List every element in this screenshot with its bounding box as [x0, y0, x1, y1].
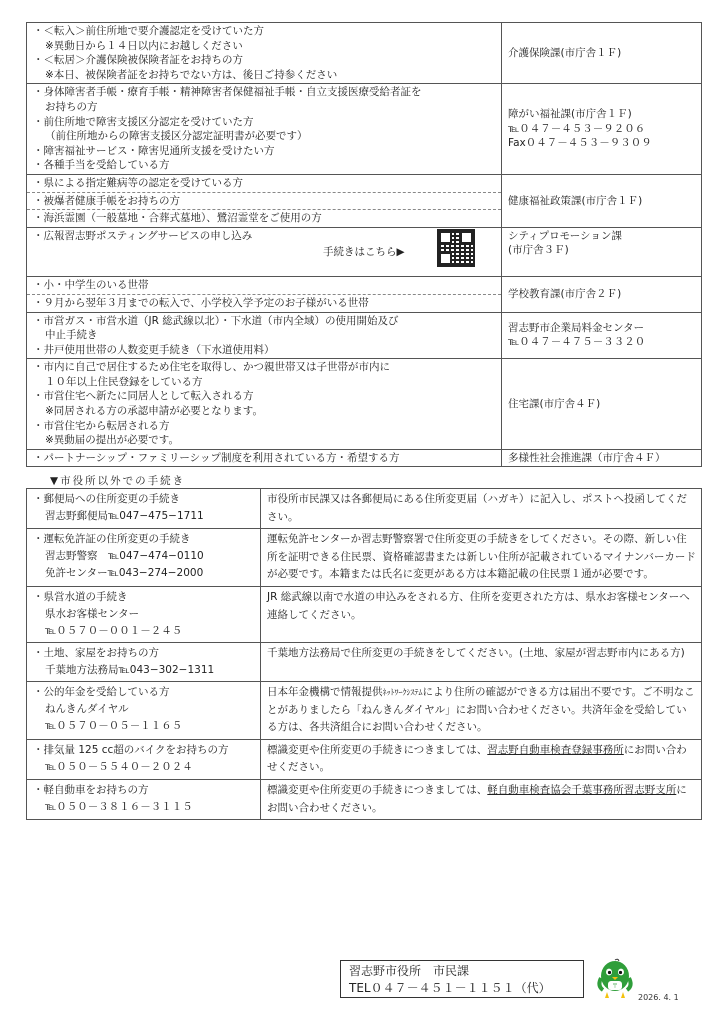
office-tel: TEL０４７－４５１－１１５１（代）	[349, 980, 575, 997]
department-line: 習志野市企業局料金センター	[508, 321, 697, 336]
procedure-line: ・市内に自己で居住するため住宅を取得し、かつ親世帯又は子世帯が市内に	[33, 360, 497, 375]
department-line: 障がい福祉課(市庁舎１Ｆ)	[508, 107, 697, 122]
agency-contact: 習志野警察 ℡047−474−0110	[33, 548, 256, 565]
procedure-line: ・市営ガス・市営水道（JR 総武線以北）・下水道（市内全域）の使用開始及び	[33, 314, 497, 329]
procedure-link-label[interactable]: 手続きはこちら▶	[323, 245, 405, 260]
office-name: 習志野市役所 市民課	[349, 963, 575, 980]
department-line: Fax０４７－４５３－９３０９	[508, 136, 697, 151]
outside-table-body: ・郵便局への住所変更の手続き習志野郵便局℡047−475−1711市役所市民課又…	[27, 489, 702, 820]
department-line: (市庁舎３Ｆ)	[508, 243, 697, 258]
table-row: ・郵便局への住所変更の手続き習志野郵便局℡047−475−1711市役所市民課又…	[27, 489, 702, 529]
instruction-cell: 日本年金機構で情報提供ﾈｯﾄﾜｰｸｼｽﾃﾑにより住所の確認ができる方は届出不要で…	[261, 681, 702, 739]
procedure-cell: ・身体障害者手帳・療育手帳・精神障害者保健福祉手帳・自立支援医療受給者証をお持ち…	[27, 84, 502, 175]
table-row: ・土地、家屋をお持ちの方千葉地方法務局℡043−302−1311千葉地方法務局で…	[27, 642, 702, 681]
procedure-title: ・排気量 125 cc超のバイクをお持ちの方	[33, 742, 256, 759]
department-cell: 健康福祉政策課(市庁舎１Ｆ)	[502, 174, 702, 227]
green-bird-mascot-icon: 〒	[597, 958, 633, 1002]
procedure-line: ・県による指定難病等の認定を受けている方	[33, 176, 497, 191]
agency-cell: ・県営水道の手続き県水お客様センター℡０５７０－００１－２４５	[27, 586, 261, 642]
instruction-text: JR 総武線以南で水道の申込みをされる方、住所を変更された方は、県水お客様センタ…	[267, 591, 690, 621]
table-row: ・県による指定難病等の認定を受けている方健康福祉政策課(市庁舎１Ｆ)	[27, 174, 702, 192]
department-line: 健康福祉政策課(市庁舎１Ｆ)	[508, 194, 697, 209]
procedure-line: ※同居される方の承認申請が必要となります。	[33, 404, 497, 419]
agency-cell: ・排気量 125 cc超のバイクをお持ちの方℡０５０－５５４０－２０２４	[27, 739, 261, 779]
office-link[interactable]: 習志野自動車検査登録事務所	[487, 744, 624, 756]
department-line: 住宅課(市庁舎４Ｆ)	[508, 397, 697, 412]
department-cell: 介護保険課(市庁舎１Ｆ)	[502, 23, 702, 84]
agency-contact: 千葉地方法務局℡043−302−1311	[33, 662, 256, 679]
procedure-line: ・各種手当を受給している方	[33, 158, 497, 173]
procedure-cell: ・被爆者健康手帳をお持ちの方	[27, 192, 502, 210]
agency-contact: ℡０５０－３８１６－３１１５	[33, 799, 256, 816]
instruction-text: 標識変更や住所変更の手続きにつきましては、	[267, 784, 487, 796]
table-row: ・排気量 125 cc超のバイクをお持ちの方℡０５０－５５４０－２０２４標識変更…	[27, 739, 702, 779]
agency-cell: ・運転免許証の住所変更の手続き習志野警察 ℡047−474−0110免許センター…	[27, 529, 261, 587]
procedure-title: ・郵便局への住所変更の手続き	[33, 491, 256, 508]
procedure-line: ※異動届の提出が必要です。	[33, 433, 497, 448]
procedure-line: お持ちの方	[33, 100, 497, 115]
instruction-text: 千葉地方法務局で住所変更の手続きをしてください。(土地、家屋が習志野市内にある方…	[267, 647, 685, 659]
table-row: ・市営ガス・市営水道（JR 総武線以北）・下水道（市内全域）の使用開始及び中止手…	[27, 312, 702, 359]
procedure-title: ・県営水道の手続き	[33, 589, 256, 606]
procedure-cell: ・市内に自己で居住するため住宅を取得し、かつ親世帯又は子世帯が市内に１０年以上住…	[27, 359, 502, 450]
qr-link-area: 手続きはこちら▶	[33, 243, 497, 275]
department-line: 多様性社会推進課（市庁舎４Ｆ）	[508, 451, 697, 466]
instruction-cell: JR 総武線以南で水道の申込みをされる方、住所を変更された方は、県水お客様センタ…	[261, 586, 702, 642]
table-row: ・パートナーシップ・ファミリーシップ制度を利用されている方・希望する方多様性社会…	[27, 449, 702, 467]
procedure-line: ・広報習志野ポスティングサービスの申し込み	[33, 229, 497, 244]
qr-code-icon[interactable]	[437, 229, 475, 267]
city-hall-procedures-table: ・＜転入＞前住所地で要介護認定を受けていた方※異動日から１４日以内にお越しくださ…	[26, 22, 702, 467]
instruction-cell: 千葉地方法務局で住所変更の手続きをしてください。(土地、家屋が習志野市内にある方…	[261, 642, 702, 681]
instruction-text: ﾈｯﾄﾜｰｸｼｽﾃﾑ	[383, 688, 423, 697]
procedure-line: ・井戸使用世帯の人数変更手続き（下水道使用料）	[33, 343, 497, 358]
procedure-cell: ・パートナーシップ・ファミリーシップ制度を利用されている方・希望する方	[27, 449, 502, 467]
instruction-cell: 運転免許センターか習志野警察署で住所変更の手続きをしてください。その際、新しい住…	[261, 529, 702, 587]
procedure-line: ・＜転居＞介護保険被保険者証をお持ちの方	[33, 53, 497, 68]
agency-cell: ・土地、家屋をお持ちの方千葉地方法務局℡043−302−1311	[27, 642, 261, 681]
procedure-title: ・運転免許証の住所変更の手続き	[33, 531, 256, 548]
procedure-cell: ・市営ガス・市営水道（JR 総武線以北）・下水道（市内全域）の使用開始及び中止手…	[27, 312, 502, 359]
table-row: ・軽自動車をお持ちの方℡０５０－３８１６－３１１５標識変更や住所変更の手続きにつ…	[27, 779, 702, 819]
contact-box: 習志野市役所 市民課 TEL０４７－４５１－１１５１（代）	[340, 960, 584, 998]
department-cell: 学校教育課(市庁舎２Ｆ)	[502, 277, 702, 312]
agency-cell: ・軽自動車をお持ちの方℡０５０－３８１６－３１１５	[27, 779, 261, 819]
procedure-line: ・＜転入＞前住所地で要介護認定を受けていた方	[33, 24, 497, 39]
instruction-text: 日本年金機構で情報提供	[267, 686, 383, 698]
instruction-cell: 標識変更や住所変更の手続きにつきましては、習志野自動車検査登録事務所にお問い合わ…	[261, 739, 702, 779]
procedure-line: ・身体障害者手帳・療育手帳・精神障害者保健福祉手帳・自立支援医療受給者証を	[33, 85, 497, 100]
department-cell: シティプロモーション課(市庁舎３Ｆ)	[502, 227, 702, 277]
department-cell: 住宅課(市庁舎４Ｆ)	[502, 359, 702, 450]
office-link[interactable]: 軽自動車検査協会千葉事務所習志野支所	[487, 784, 676, 796]
table-row: ・身体障害者手帳・療育手帳・精神障害者保健福祉手帳・自立支援医療受給者証をお持ち…	[27, 84, 702, 175]
agency-contact: ℡０５７０－０５－１１６５	[33, 718, 256, 735]
procedure-line: ※本日、被保険者証をお持ちでない方は、後日ご持参ください	[33, 68, 497, 83]
department-line: 学校教育課(市庁舎２Ｆ)	[508, 287, 697, 302]
department-line: 介護保険課(市庁舎１Ｆ)	[508, 46, 697, 61]
agency-contact: ねんきんダイヤル	[33, 701, 256, 718]
procedure-line: ・海浜霊園（一般墓地・合葬式墓地）、鷺沼霊堂をご使用の方	[33, 211, 497, 226]
department-line: ℡０４７－４７５－３３２０	[508, 335, 697, 350]
procedure-line: ・市営住宅へ新たに同居人として転入される方	[33, 389, 497, 404]
procedure-line: ・小・中学生のいる世帯	[33, 278, 497, 293]
instruction-text: 運転免許センターか習志野警察署で住所変更の手続きをしてください。その際、新しい住…	[267, 533, 696, 580]
procedure-line: （前住所地からの障害支援区分認定証明書が必要です）	[33, 129, 497, 144]
table-row: ・＜転入＞前住所地で要介護認定を受けていた方※異動日から１４日以内にお越しくださ…	[27, 23, 702, 84]
department-line: シティプロモーション課	[508, 229, 697, 244]
procedure-cell: ・９月から翌年３月までの転入で、小学校入学予定のお子様がいる世帯	[27, 294, 502, 312]
table-row: ・運転免許証の住所変更の手続き習志野警察 ℡047−474−0110免許センター…	[27, 529, 702, 587]
table-row: ・県営水道の手続き県水お客様センター℡０５７０－００１－２４５JR 総武線以南で…	[27, 586, 702, 642]
instruction-text: 標識変更や住所変更の手続きにつきましては、	[267, 744, 487, 756]
svg-text:〒: 〒	[612, 983, 618, 990]
issue-date: 2026. 4. 1	[638, 993, 679, 1002]
outside-procedures-table: ・郵便局への住所変更の手続き習志野郵便局℡047−475−1711市役所市民課又…	[26, 488, 702, 820]
section-heading-outside-city-hall: ▼市役所以外での手続き	[50, 473, 185, 488]
procedure-line: ・前住所地で障害支援区分認定を受けていた方	[33, 115, 497, 130]
qr-finder-pattern	[439, 252, 452, 265]
agency-contact: ℡０５７０－００１－２４５	[33, 623, 256, 640]
table-row: ・広報習志野ポスティングサービスの申し込み手続きはこちら▶シティプロモーション課…	[27, 227, 702, 277]
procedure-title: ・公的年金を受給している方	[33, 684, 256, 701]
procedure-title: ・軽自動車をお持ちの方	[33, 782, 256, 799]
table-row: ・公的年金を受給している方ねんきんダイヤル℡０５７０－０５－１１６５日本年金機構…	[27, 681, 702, 739]
procedure-cell: ・県による指定難病等の認定を受けている方	[27, 174, 502, 192]
instruction-cell: 標識変更や住所変更の手続きにつきましては、軽自動車検査協会千葉事務所習志野支所に…	[261, 779, 702, 819]
agency-contact: ℡０５０－５５４０－２０２４	[33, 759, 256, 776]
procedure-cell: ・海浜霊園（一般墓地・合葬式墓地）、鷺沼霊堂をご使用の方	[27, 210, 502, 228]
instruction-text: 市役所市民課又は各郵便局にある住所変更届（ハガキ）に記入し、ポストへ投函してくだ…	[267, 493, 687, 523]
procedure-line: 中止手続き	[33, 328, 497, 343]
department-cell: 多様性社会推進課（市庁舎４Ｆ）	[502, 449, 702, 467]
agency-contact: 習志野郵便局℡047−475−1711	[33, 508, 256, 525]
table-row: ・小・中学生のいる世帯学校教育課(市庁舎２Ｆ)	[27, 277, 702, 295]
department-cell: 障がい福祉課(市庁舎１Ｆ)℡０４７－４５３－９２０６Fax０４７－４５３－９３０…	[502, 84, 702, 175]
procedure-line: ・被爆者健康手帳をお持ちの方	[33, 194, 497, 209]
department-cell: 習志野市企業局料金センター℡０４７－４７５－３３２０	[502, 312, 702, 359]
procedure-line: １０年以上住民登録をしている方	[33, 375, 497, 390]
agency-cell: ・公的年金を受給している方ねんきんダイヤル℡０５７０－０５－１１６５	[27, 681, 261, 739]
department-line: ℡０４７－４５３－９２０６	[508, 122, 697, 137]
procedure-cell: ・広報習志野ポスティングサービスの申し込み手続きはこちら▶	[27, 227, 502, 277]
procedure-line: ・９月から翌年３月までの転入で、小学校入学予定のお子様がいる世帯	[33, 296, 497, 311]
city-hall-table-body: ・＜転入＞前住所地で要介護認定を受けていた方※異動日から１４日以内にお越しくださ…	[27, 23, 702, 467]
procedure-title: ・土地、家屋をお持ちの方	[33, 645, 256, 662]
procedure-cell: ・小・中学生のいる世帯	[27, 277, 502, 295]
procedure-cell: ・＜転入＞前住所地で要介護認定を受けていた方※異動日から１４日以内にお越しくださ…	[27, 23, 502, 84]
instruction-cell: 市役所市民課又は各郵便局にある住所変更届（ハガキ）に記入し、ポストへ投函してくだ…	[261, 489, 702, 529]
procedure-line: ・パートナーシップ・ファミリーシップ制度を利用されている方・希望する方	[33, 451, 497, 466]
procedure-line: ・市営住宅から転居される方	[33, 419, 497, 434]
table-row: ・市内に自己で居住するため住宅を取得し、かつ親世帯又は子世帯が市内に１０年以上住…	[27, 359, 702, 450]
agency-contact: 免許センター℡043−274−2000	[33, 565, 256, 582]
agency-cell: ・郵便局への住所変更の手続き習志野郵便局℡047−475−1711	[27, 489, 261, 529]
procedure-line: ※異動日から１４日以内にお越しください	[33, 39, 497, 54]
agency-contact: 県水お客様センター	[33, 606, 256, 623]
procedure-line: ・障害福祉サービス・障害児通所支援を受けたい方	[33, 144, 497, 159]
